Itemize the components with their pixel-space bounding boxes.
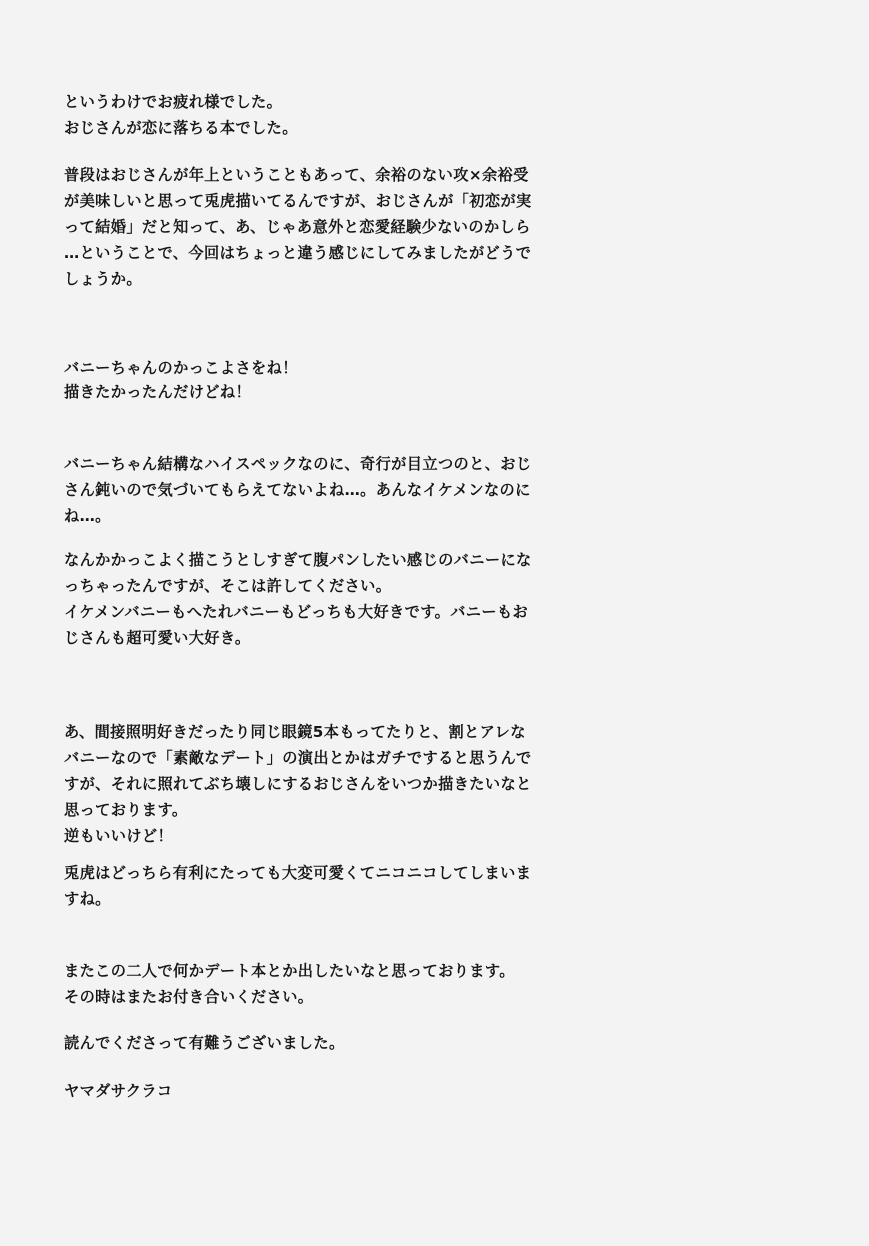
text-line: 読んでくださって有難うございました。: [64, 1032, 345, 1054]
text-line: 思っております。: [64, 799, 187, 821]
text-line: またこの二人で何かデート本とか出したいなと思っております。: [64, 960, 515, 982]
text-line: さん鈍いので気づいてもらえてないよね…。あんなイケメンなのに: [64, 479, 531, 501]
text-line: バニーちゃんのかっこよさをね！: [64, 357, 298, 379]
text-line: あ、間接照明好きだったり同じ眼鏡5本もってたりと、割とアレな: [64, 721, 526, 743]
text-line: というわけでお疲れ様でした。: [64, 91, 282, 113]
text-line: 描きたかったんだけどね！: [64, 381, 251, 403]
text-line: なんかかっこよく描こうとしすぎて腹パンしたい感じのバニーにな: [64, 549, 532, 571]
text-line: その時はまたお付き合いください。: [64, 986, 313, 1008]
text-line: っちゃったんですが、そこは許してください。: [64, 575, 391, 597]
text-line: すが、それに照れてぶち壊しにするおじさんをいつか描きたいなと: [64, 773, 532, 795]
text-line: …ということで、今回はちょっと違う感じにしてみましたがどうで: [64, 242, 531, 264]
signature-text: ヤマダサクラコ: [64, 1080, 173, 1102]
text-line: しょうか。: [64, 268, 142, 290]
text-line: ね…。: [64, 505, 111, 527]
text-line: 兎虎はどっちら有利にたっても大変可愛くてニコニコしてしまいま: [64, 862, 531, 884]
text-line: が美味しいと思って兎虎描いてるんですが、おじさんが「初恋が実: [64, 190, 532, 212]
text-line: おじさんが恋に落ちる本でした。: [64, 117, 298, 139]
text-line: って結婚」だと知って、あ、じゃあ意外と恋愛経験少ないのかしら: [64, 216, 531, 238]
text-line: 普段はおじさんが年上ということもあって、余裕のない攻×余裕受: [64, 164, 529, 186]
text-line: 逆もいいけど！: [64, 825, 173, 847]
text-line: すね。: [64, 888, 111, 910]
text-line: バニーなので「素敵なデート」の演出とかはガチですると思うんで: [64, 747, 532, 769]
text-line: じさんも超可愛い大好き。: [64, 627, 250, 649]
text-line: イケメンバニーもへたれバニーもどっちも大好きです。バニーもお: [64, 601, 528, 623]
afterword-page: というわけでお疲れ様でした。 おじさんが恋に落ちる本でした。 普段はおじさんが年…: [0, 0, 869, 1246]
text-line: バニーちゃん結構なハイスペックなのに、奇行が目立つのと、おじ: [64, 453, 531, 475]
